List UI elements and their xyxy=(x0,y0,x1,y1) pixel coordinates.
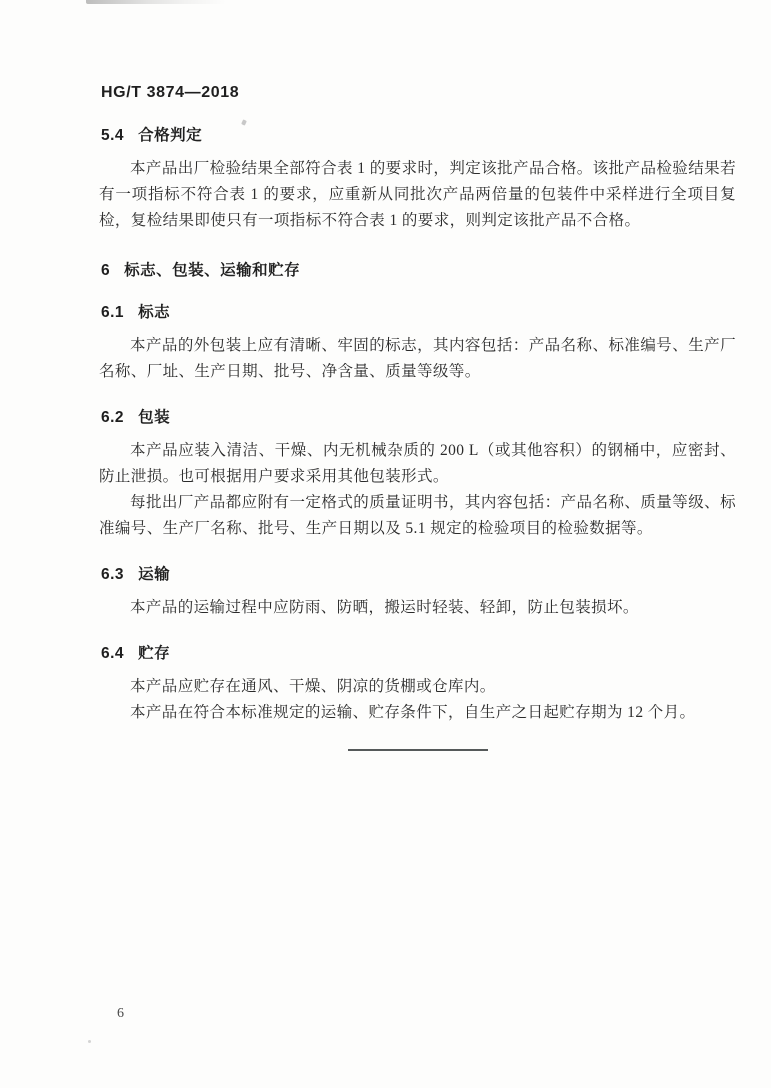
paragraph-6-1: 本产品的外包装上应有清晰、牢固的标志，其内容包括：产品名称、标准编号、生产厂名称… xyxy=(99,333,736,385)
scan-artifact-speck xyxy=(88,1040,91,1043)
section-heading-6-1: 6.1标志 xyxy=(101,300,736,322)
section-number: 6.2 xyxy=(101,409,124,427)
section-number: 6 xyxy=(101,262,110,280)
section-heading-5-4: 5.4合格判定 xyxy=(101,123,736,145)
section-heading-6-4: 6.4贮存 xyxy=(101,641,736,663)
section-number: 6.3 xyxy=(101,566,124,584)
paragraph-6-4-b: 本产品在符合本标准规定的运输、贮存条件下，自生产之日起贮存期为 12 个月。 xyxy=(99,700,736,726)
section-title: 贮存 xyxy=(138,645,170,662)
section-number: 6.4 xyxy=(101,645,124,663)
paragraph-5-4: 本产品出厂检验结果全部符合表 1 的要求时，判定该批产品合格。该批产品检验结果若… xyxy=(99,156,736,234)
paragraph-6-2-a: 本产品应装入清洁、干燥、内无机械杂质的 200 L（或其他容积）的钢桶中，应密封… xyxy=(99,438,736,490)
section-title: 标志 xyxy=(138,304,170,321)
section-number: 5.4 xyxy=(101,127,124,145)
section-title: 包装 xyxy=(138,409,170,426)
page-number: 6 xyxy=(117,1006,124,1022)
section-title: 运输 xyxy=(138,566,170,583)
document-page: HG/T 3874—2018 5.4合格判定 本产品出厂检验结果全部符合表 1 … xyxy=(0,0,771,1088)
end-of-text-divider xyxy=(348,749,488,751)
section-number: 6.1 xyxy=(101,304,124,322)
paragraph-6-4-a: 本产品应贮存在通风、干燥、阴凉的货棚或仓库内。 xyxy=(99,674,736,700)
document-content: HG/T 3874—2018 5.4合格判定 本产品出厂检验结果全部符合表 1 … xyxy=(99,84,736,751)
standard-number-header: HG/T 3874—2018 xyxy=(101,84,736,102)
paragraph-6-2-b: 每批出厂产品都应附有一定格式的质量证明书，其内容包括：产品名称、质量等级、标准编… xyxy=(99,490,736,542)
section-title: 合格判定 xyxy=(138,127,202,144)
section-title: 标志、包装、运输和贮存 xyxy=(124,262,300,279)
scan-artifact-top xyxy=(86,0,226,4)
paragraph-6-3: 本产品的运输过程中应防雨、防晒，搬运时轻装、轻卸，防止包装损坏。 xyxy=(99,595,736,621)
section-heading-6-3: 6.3运输 xyxy=(101,562,736,584)
section-heading-6: 6标志、包装、运输和贮存 xyxy=(101,258,736,280)
section-heading-6-2: 6.2包装 xyxy=(101,405,736,427)
